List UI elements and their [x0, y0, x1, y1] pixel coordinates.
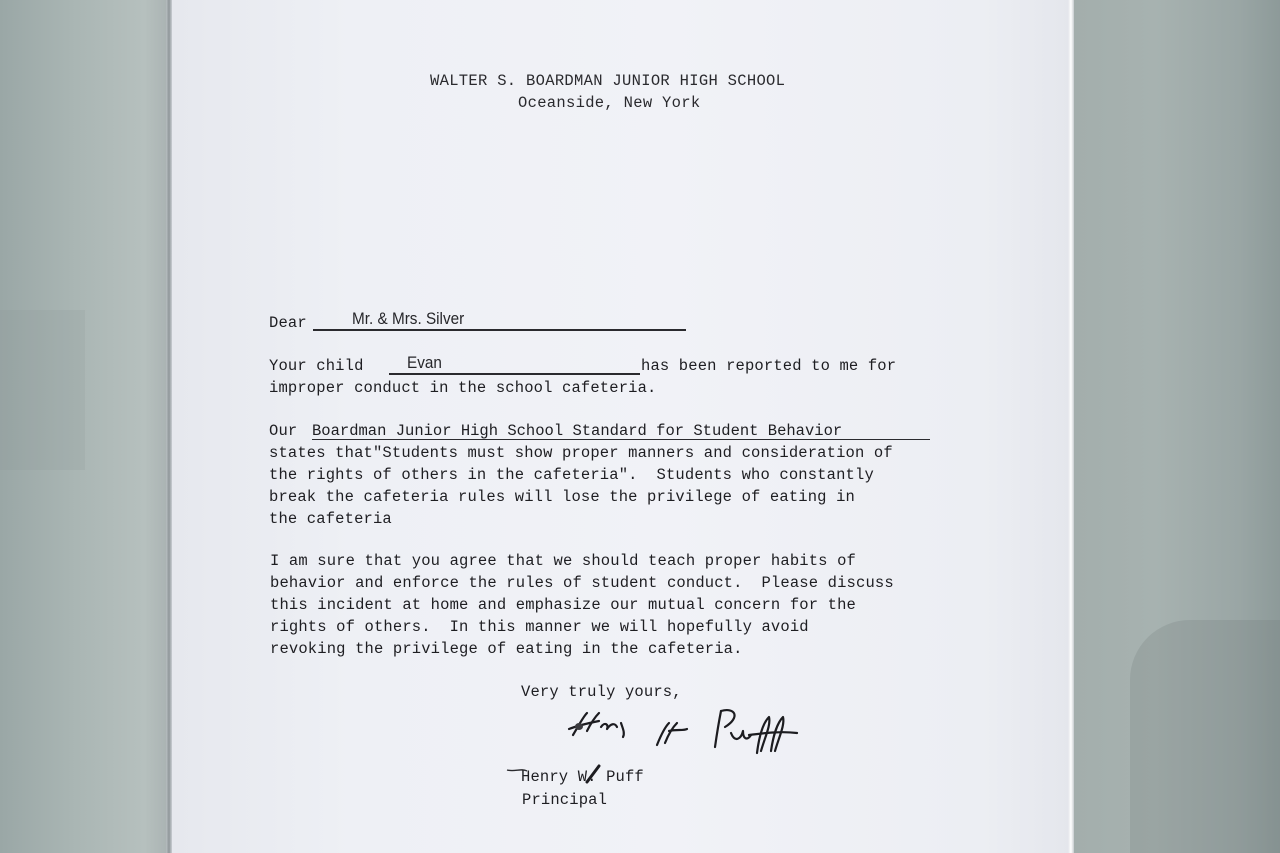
paragraph2-prefix: Our — [269, 420, 307, 442]
child-prefix: Your child — [269, 355, 364, 377]
paragraph3-line: behavior and enforce the rules of studen… — [270, 572, 894, 594]
background-shadow — [0, 310, 85, 470]
paragraph3-line: this incident at home and emphasize our … — [270, 594, 856, 616]
valediction: Very truly yours, — [521, 681, 682, 703]
salutation-label: Dear — [269, 312, 307, 334]
paragraph1-line2: improper conduct in the school cafeteria… — [269, 377, 657, 399]
paragraph3-line: rights of others. In this manner we will… — [270, 616, 809, 638]
signature-overmark — [505, 762, 615, 786]
paragraph3-line: I am sure that you agree that we should … — [270, 550, 856, 572]
ink-blot — [575, 723, 583, 730]
paragraph1-line1-suffix: has been reported to me for — [641, 355, 896, 377]
paragraph3-line: revoking the privilege of eating in the … — [270, 638, 743, 660]
paragraph2-line: the rights of others in the cafeteria". … — [269, 464, 874, 486]
school-location: Oceanside, New York — [518, 94, 700, 112]
recipient-underline — [313, 329, 686, 331]
paper-edge-right — [1068, 0, 1074, 853]
school-name: WALTER S. BOARDMAN JUNIOR HIGH SCHOOL — [430, 72, 785, 90]
paragraph2-line: break the cafeteria rules will lose the … — [269, 486, 855, 508]
child-name: Evan — [407, 353, 442, 373]
handwritten-signature — [565, 703, 800, 758]
child-name-underline — [389, 373, 640, 375]
recipient-name: Mr. & Mrs. Silver — [352, 309, 464, 329]
background-reflection — [1130, 620, 1280, 853]
paragraph2-line: the cafeteria — [269, 508, 392, 530]
signer-title: Principal — [522, 789, 607, 811]
standard-title-underline — [312, 439, 930, 440]
paragraph2-line: states that"Students must show proper ma… — [269, 442, 893, 464]
